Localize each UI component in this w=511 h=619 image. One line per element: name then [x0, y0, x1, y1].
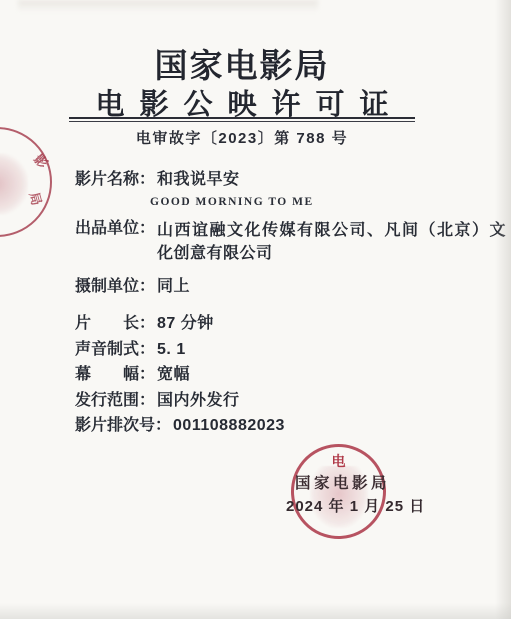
issuing-authority-name: 国家电影局 — [295, 471, 390, 493]
double-rule-divider — [69, 117, 415, 122]
scan-edge-shadow — [495, 0, 511, 619]
field-value: 和我说早安 — [157, 170, 240, 190]
field-row-distribution-scope: 发行范围： 国内外发行 — [75, 391, 240, 411]
authority-title: 国家电影局 — [0, 40, 484, 87]
issue-date: 2024 年 1 月 25 日 — [286, 495, 425, 516]
field-colon: ： — [139, 314, 155, 334]
field-colon: ： — [139, 219, 155, 239]
field-label: 影片排次号 — [75, 416, 155, 436]
field-row-film-title: 影片名称： 和我说早安 — [75, 170, 240, 190]
field-value: 5. 1 — [157, 340, 186, 360]
field-colon: ： — [155, 416, 171, 436]
field-label: 出品单位 — [75, 219, 139, 239]
field-colon: ： — [139, 365, 155, 385]
field-value: 87 分钟 — [157, 314, 214, 334]
field-label: 片 长 — [75, 314, 139, 334]
field-colon: ： — [139, 170, 155, 190]
field-row-filming-unit: 摄制单位： 同上 — [75, 277, 190, 297]
field-row-film-serial-number: 影片排次号： 001108882023 — [75, 416, 285, 436]
field-value: 山西谊融文化传媒有限公司、凡间（北京）文化创意有限公司 — [157, 219, 511, 265]
field-value: 同上 — [157, 277, 190, 297]
scan-bottom-shadow — [0, 603, 511, 619]
field-label: 发行范围 — [75, 391, 139, 411]
document-number: 电审故字〔2023〕第 788 号 — [0, 127, 484, 148]
field-value: 001108882023 — [173, 416, 285, 436]
field-value: 国内外发行 — [157, 391, 240, 411]
field-value: 宽幅 — [157, 365, 190, 385]
field-label: 幕 幅 — [75, 365, 139, 385]
seal-character: 电 — [291, 451, 386, 471]
field-colon: ： — [139, 277, 155, 297]
film-title-english: GOOD MORNING TO ME — [150, 196, 314, 208]
field-label: 声音制式 — [75, 340, 139, 360]
field-value-line1: 山西谊融文化传媒有限公司、凡间（北京）文 — [157, 222, 507, 239]
field-row-film-length: 片 长： 87 分钟 — [75, 314, 214, 334]
scan-smudge — [18, 0, 318, 12]
field-value-line2: 化创意有限公司 — [157, 245, 273, 262]
permit-document: 影 局 国家电影局 电影公映许可证 电审故字〔2023〕第 788 号 影片名称… — [0, 0, 511, 619]
field-colon: ： — [139, 340, 155, 360]
field-label: 影片名称 — [75, 170, 139, 190]
field-row-screen-format: 幕 幅： 宽幅 — [75, 365, 190, 385]
field-row-sound-format: 声音制式： 5. 1 — [75, 340, 186, 360]
field-colon: ： — [139, 391, 155, 411]
field-row-production-company: 出品单位： 山西谊融文化传媒有限公司、凡间（北京）文化创意有限公司 — [75, 219, 511, 265]
field-label: 摄制单位 — [75, 277, 139, 297]
